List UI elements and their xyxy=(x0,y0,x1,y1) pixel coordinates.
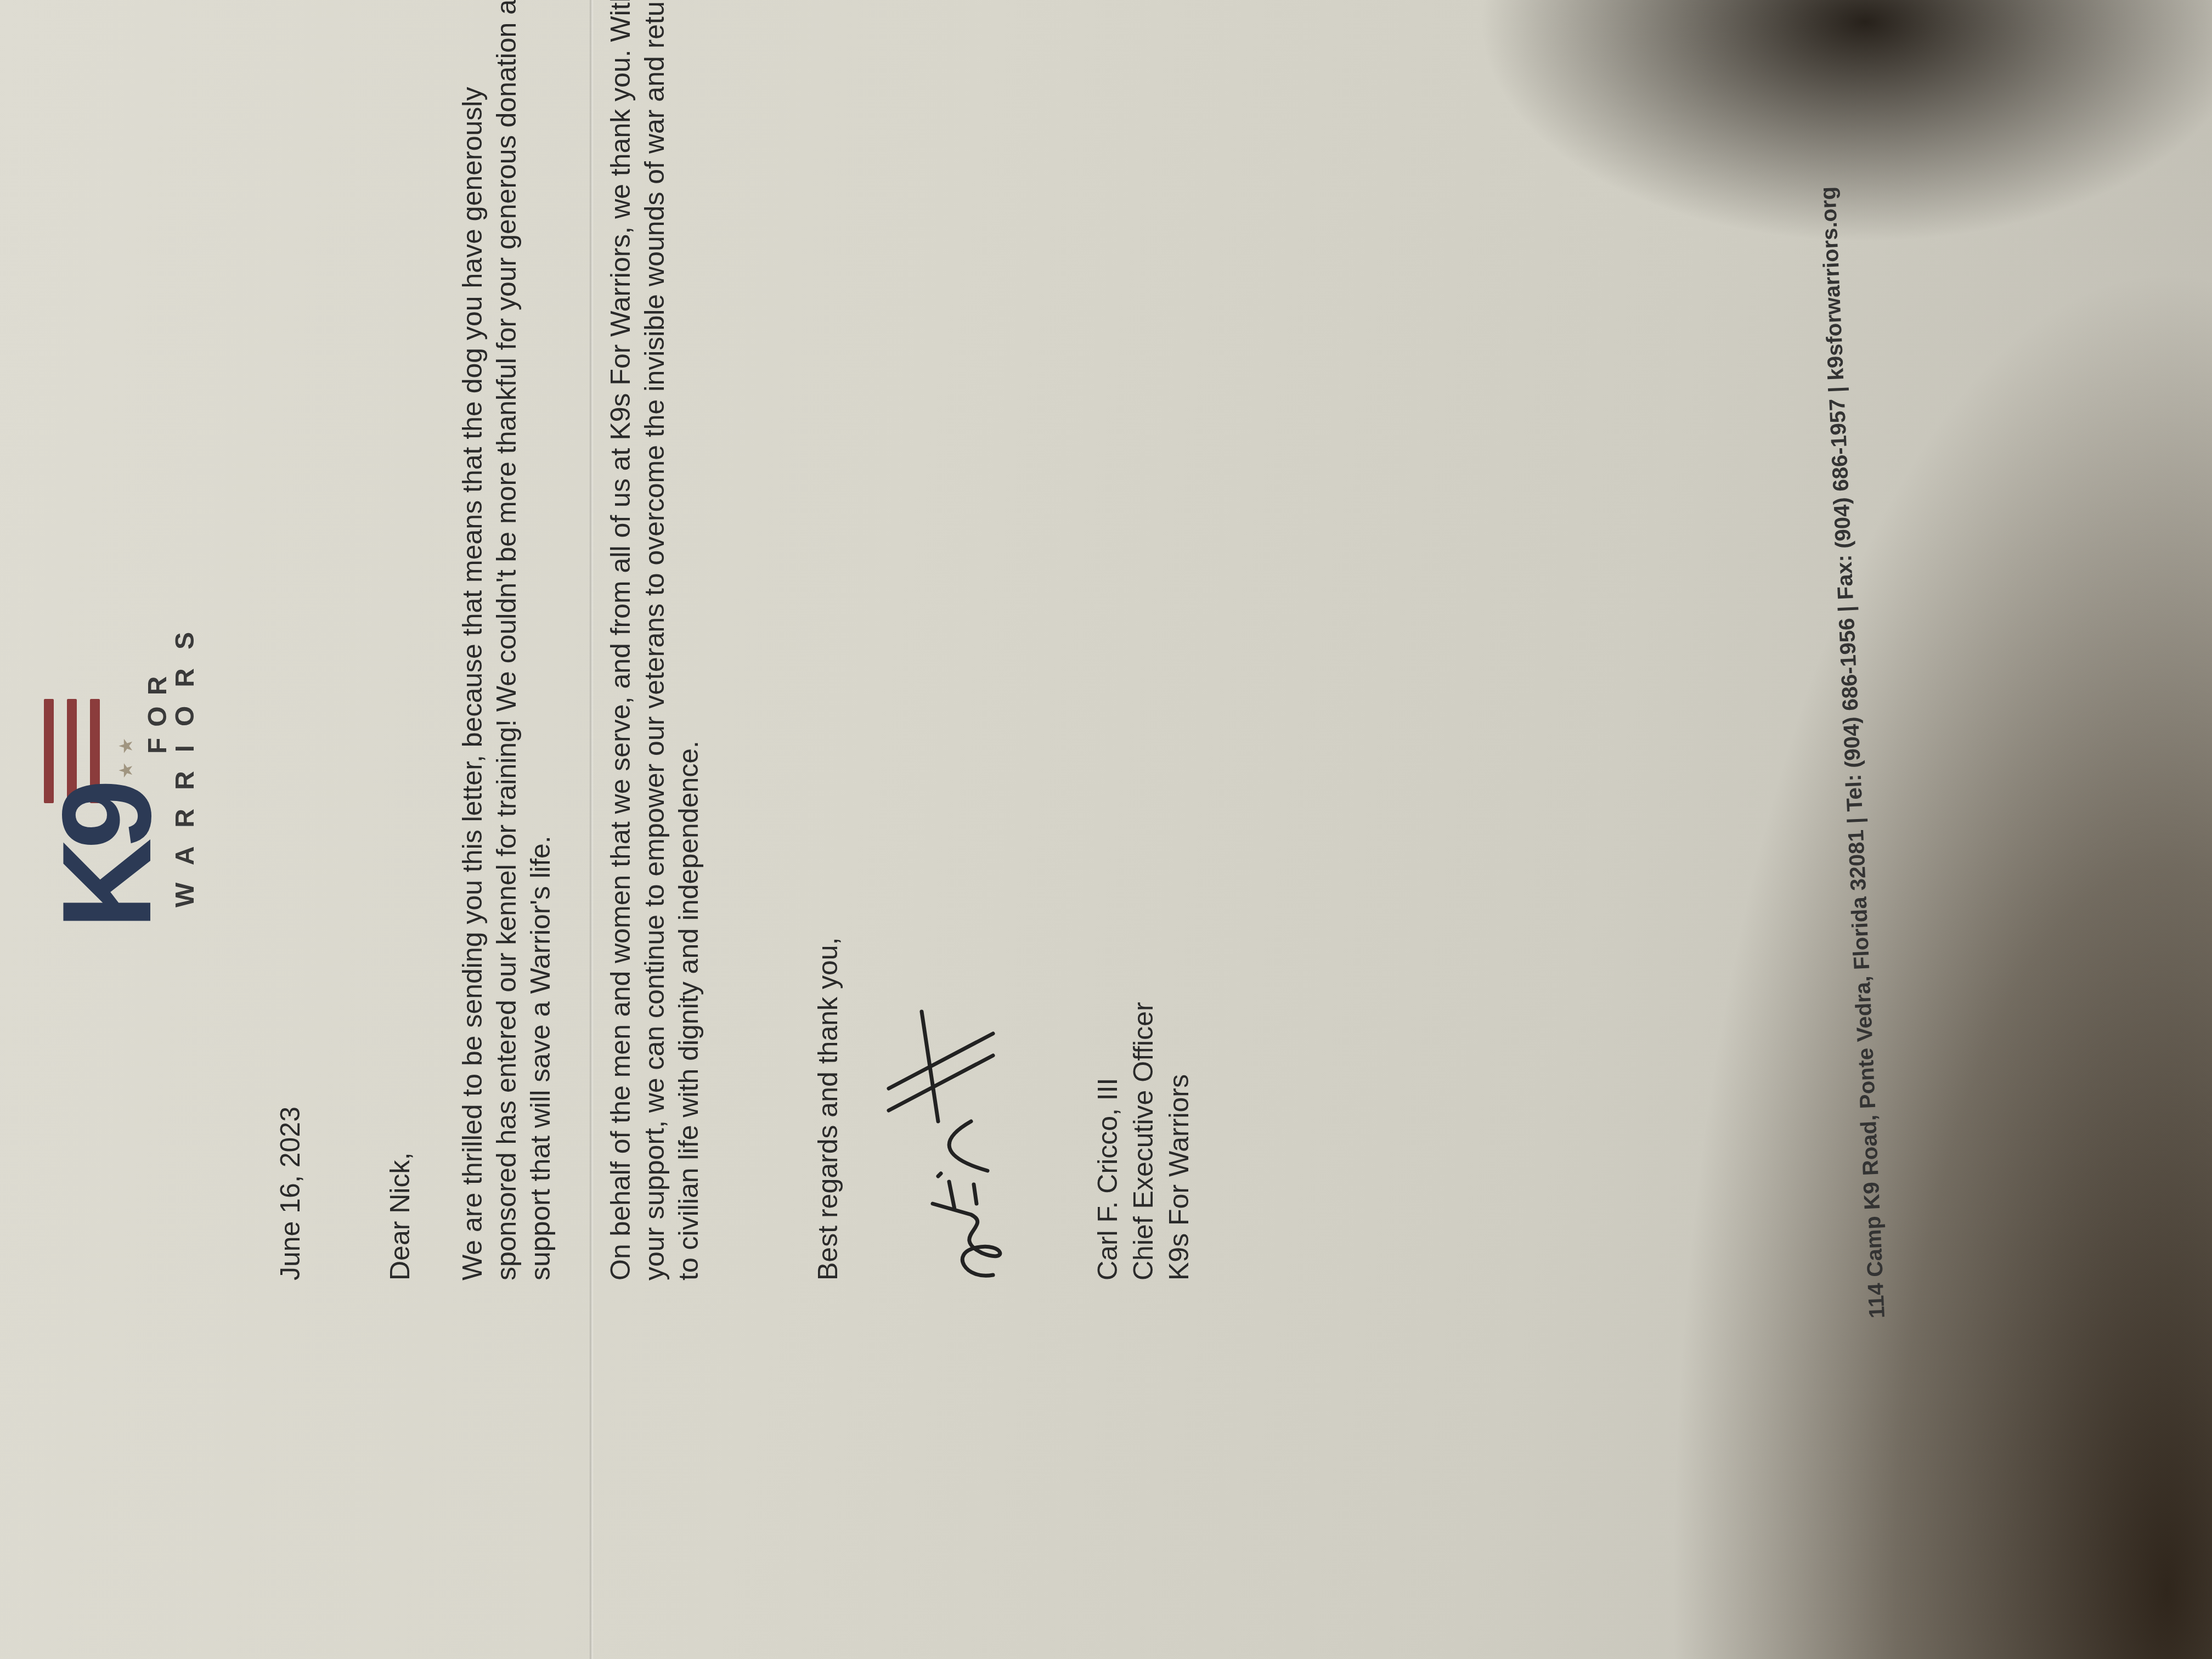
flag-stripes-icon xyxy=(44,699,113,803)
signer-organization: K9s For Warriors xyxy=(1163,1074,1195,1280)
logo-warriors-text: WARRIORS xyxy=(170,613,200,907)
letter-page: ★★★ K9 FOR WARRIORS June 16, 2023 Dear N… xyxy=(0,0,2212,1659)
salutation: Dear Nick, xyxy=(384,1153,416,1280)
signer-title: Chief Executive Officer xyxy=(1127,1002,1159,1280)
logo-mark: K9 xyxy=(44,790,170,929)
body-paragraph-1: We are thrilled to be sending you this l… xyxy=(455,0,557,1280)
k9s-for-warriors-logo: ★★★ K9 FOR WARRIORS xyxy=(33,622,198,929)
signer-name: Carl F. Cricco, III xyxy=(1092,1078,1124,1280)
letter-date: June 16, 2023 xyxy=(274,1107,306,1280)
letterhead-footer: 114 Camp K9 Road, Ponte Vedra, Florida 3… xyxy=(1816,186,1890,1319)
logo-for-text: FOR xyxy=(143,665,173,754)
handwritten-signature xyxy=(867,1001,1020,1286)
closing: Best regards and thank you, xyxy=(812,938,844,1280)
body-paragraph-2: On behalf of the men and women that we s… xyxy=(603,0,706,1280)
